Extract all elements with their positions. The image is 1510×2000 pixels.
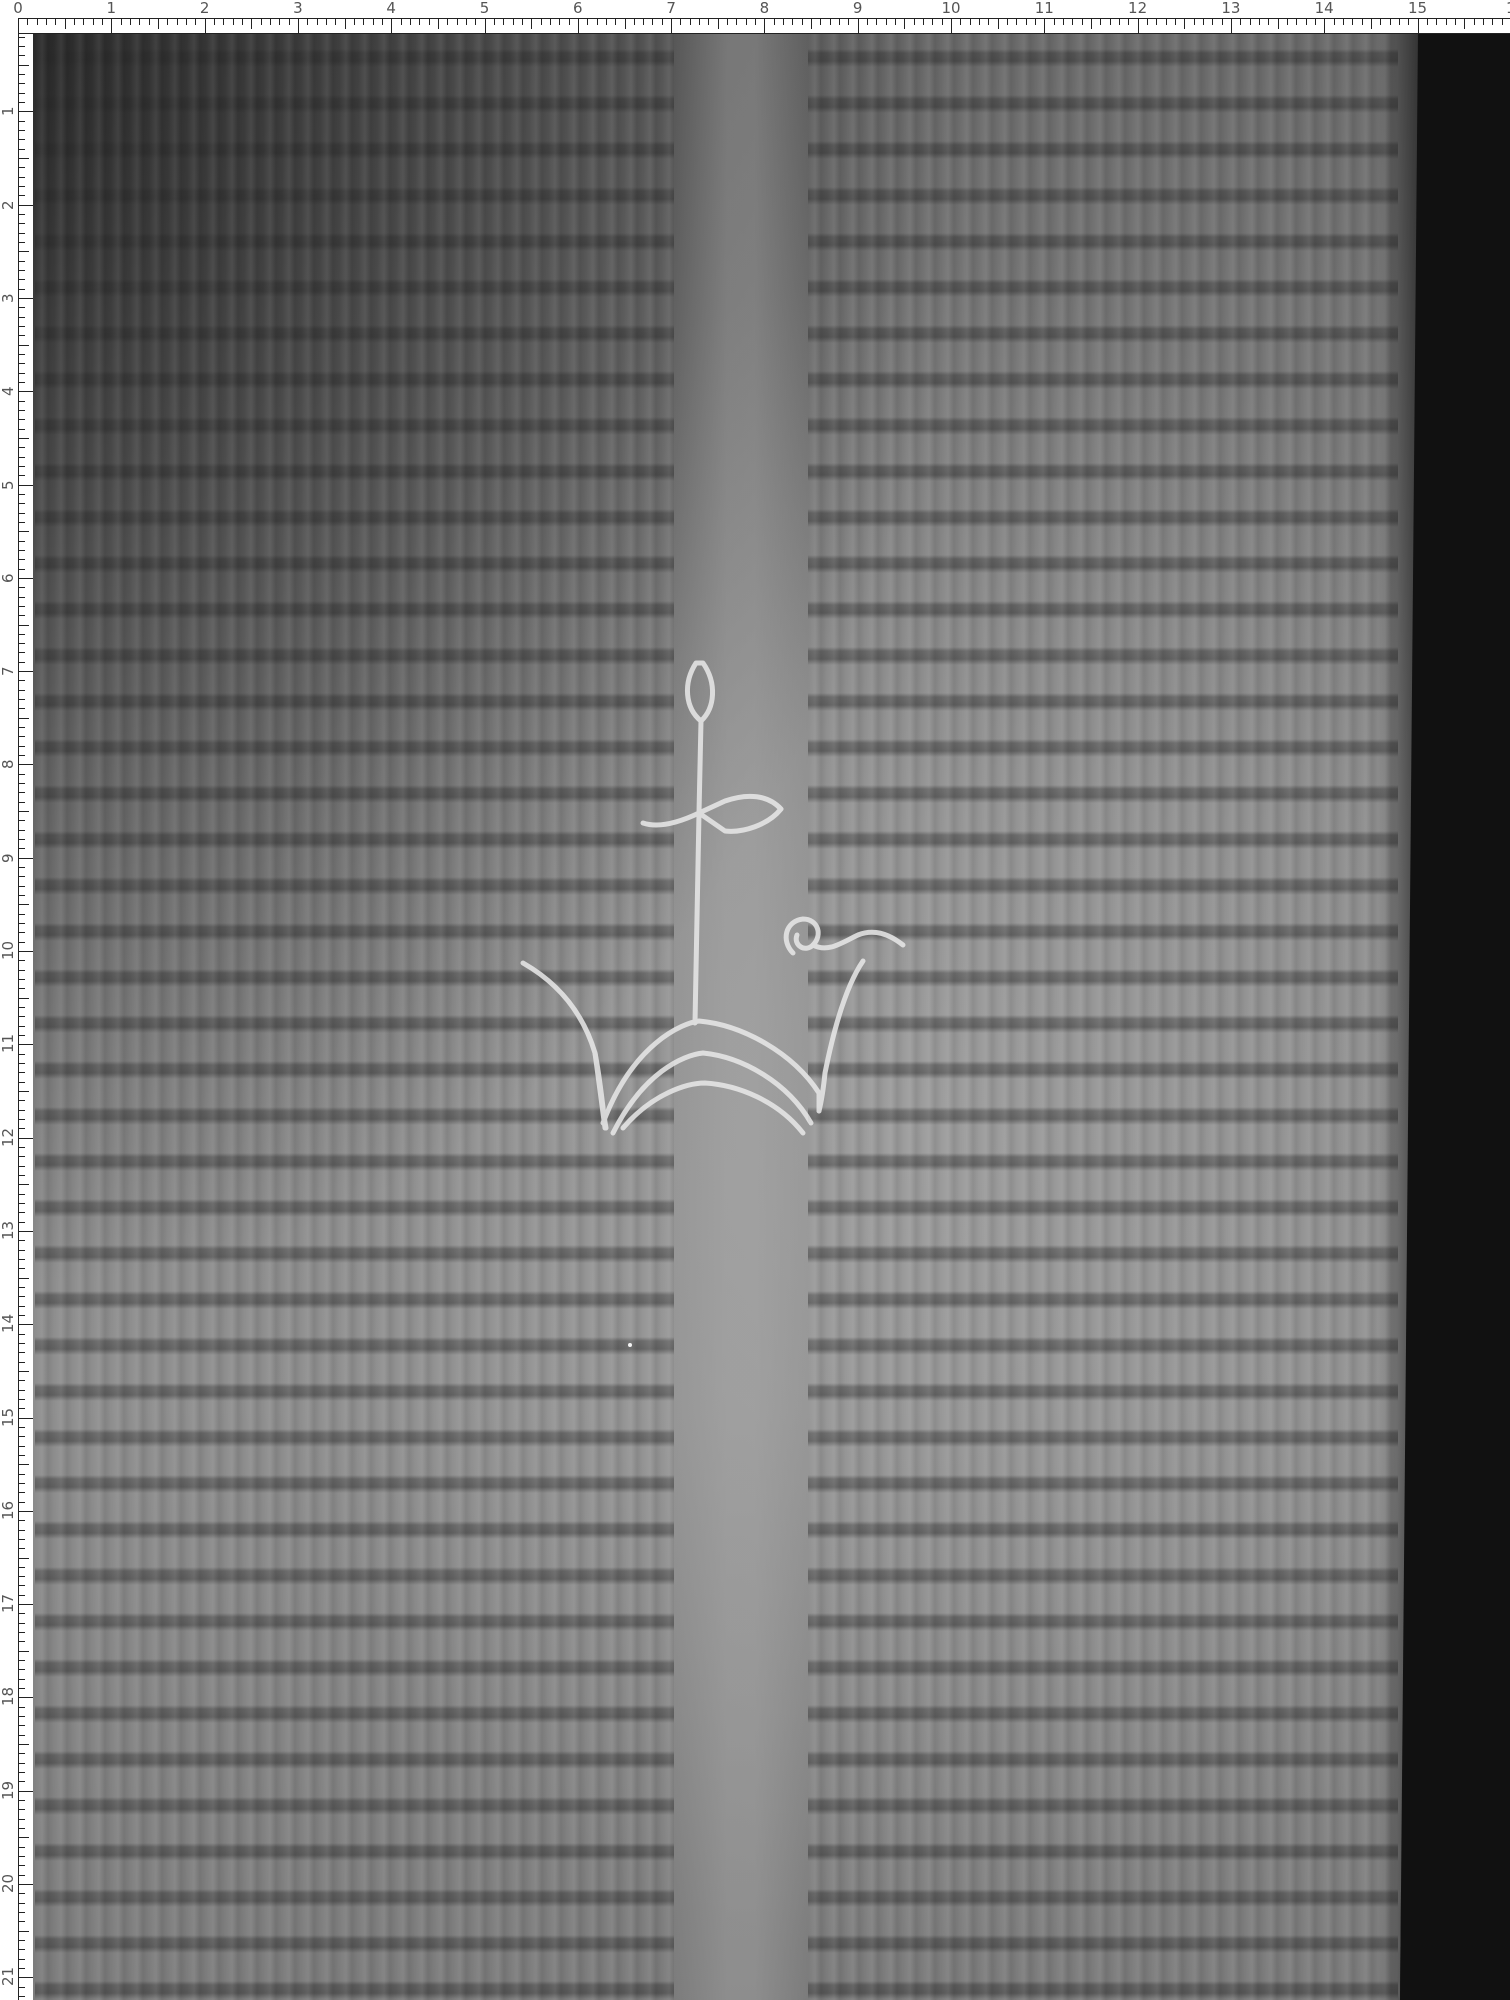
ruler-tick (19, 1464, 29, 1465)
ruler-label: 4 (386, 0, 396, 17)
ruler-tick (1287, 19, 1288, 25)
ruler-label: 12 (1128, 0, 1147, 17)
ruler-tick (19, 1054, 25, 1055)
ruler-tick (298, 19, 299, 33)
ruler-tick (1483, 19, 1484, 25)
ruler-tick (783, 19, 784, 25)
ruler-tick (19, 1352, 25, 1353)
ruler-tick (820, 19, 821, 25)
ruler-tick (19, 261, 25, 262)
ruler-tick (19, 37, 25, 38)
ruler-tick (19, 158, 29, 159)
ruler-tick (19, 746, 25, 747)
ruler-tick (19, 494, 25, 495)
ruler-tick (19, 1362, 25, 1363)
ruler-tick (19, 1175, 25, 1176)
ruler-tick (19, 1800, 25, 1801)
ruler-tick (876, 19, 877, 25)
ruler-tick (19, 485, 33, 486)
ruler-tick (19, 74, 25, 75)
ruler-tick (19, 1072, 25, 1073)
ruler-tick (457, 19, 458, 25)
bright-speck (628, 1343, 632, 1347)
ruler-tick (19, 1847, 25, 1848)
ruler-tick (19, 1809, 25, 1810)
ruler-tick (19, 774, 25, 775)
ruler-tick (1418, 19, 1419, 33)
ruler-tick (19, 904, 29, 905)
ruler-tick (19, 1240, 25, 1241)
ruler-tick (699, 19, 700, 25)
ruler-tick (373, 19, 374, 25)
ruler-tick (1231, 19, 1232, 33)
ruler-tick (195, 19, 196, 25)
ruler-tick (475, 19, 476, 25)
ruler-label: 5 (0, 480, 17, 490)
ruler-tick (19, 223, 25, 224)
ruler-tick (19, 755, 25, 756)
ruler-tick (886, 19, 887, 25)
ruler-tick (1184, 19, 1185, 29)
ruler-tick (401, 19, 402, 25)
ruler-label: 15 (0, 1407, 17, 1426)
ruler-tick (19, 251, 29, 252)
ruler-tick (18, 19, 19, 33)
ruler-label: 4 (0, 387, 17, 397)
ruler-tick (167, 19, 168, 25)
ruler-tick (1119, 19, 1120, 25)
ruler-tick (102, 19, 103, 25)
ruler-tick (19, 699, 25, 700)
ruler-tick (764, 19, 765, 33)
ruler-label: 1 (1506, 0, 1510, 17)
ruler-tick (19, 233, 25, 234)
ruler-tick (111, 19, 112, 33)
ruler-tick (606, 19, 607, 25)
ruler-tick (19, 951, 33, 952)
ruler-tick (19, 811, 29, 812)
ruler-tick (19, 1306, 25, 1307)
ruler-label: 19 (0, 1781, 17, 1800)
ruler-tick (1408, 19, 1409, 25)
ruler-tick (19, 1585, 25, 1586)
ruler-tick (19, 708, 25, 709)
ruler-tick (19, 513, 25, 514)
ruler-tick (541, 19, 542, 25)
ruler-tick (19, 1707, 25, 1708)
ruler-tick (19, 1315, 25, 1316)
ruler-tick (19, 1408, 25, 1409)
ruler-tick (326, 19, 327, 25)
ruler-tick (19, 1016, 25, 1017)
ruler-tick (307, 19, 308, 25)
ruler-tick (960, 19, 961, 25)
ruler-tick (19, 736, 25, 737)
ruler-tick (615, 19, 616, 25)
ruler-tick (923, 19, 924, 25)
ruler-tick (19, 979, 25, 980)
ruler-tick (19, 382, 25, 383)
ruler-tick (335, 19, 336, 25)
ruler-tick (1007, 19, 1008, 25)
ruler-tick (19, 1931, 29, 1932)
ruler-label: 10 (941, 0, 960, 17)
ruler-tick (755, 19, 756, 25)
ruler-tick (1278, 19, 1279, 29)
ruler-tick (19, 55, 25, 56)
ruler-tick (19, 587, 25, 588)
ruler-tick (1166, 19, 1167, 25)
ruler-tick (19, 1595, 25, 1596)
ruler-label: 7 (0, 667, 17, 677)
ruler-label: 1 (0, 107, 17, 117)
ruler-tick (19, 1502, 25, 1503)
ruler-tick (19, 1567, 25, 1568)
ruler-tick (1464, 19, 1465, 29)
ruler-label: 17 (0, 1594, 17, 1613)
ruler-tick (19, 1884, 33, 1885)
ruler-tick (19, 1893, 25, 1894)
ruler-tick (19, 1287, 25, 1288)
ruler-tick (19, 625, 29, 626)
ruler-tick (19, 1725, 25, 1726)
ruler-tick (998, 19, 999, 29)
ruler-tick (19, 1110, 25, 1111)
ruler-tick (904, 19, 905, 29)
ruler-label: 12 (0, 1128, 17, 1147)
ruler-tick (19, 1222, 25, 1223)
ruler-label: 2 (200, 0, 210, 17)
ruler-tick (19, 139, 25, 140)
ruler-tick (19, 1455, 25, 1456)
ruler-tick (19, 1903, 25, 1904)
ruler-tick (19, 942, 25, 943)
ruler-tick (19, 1147, 25, 1148)
dark-edge-band (1400, 33, 1510, 2000)
ruler-tick (19, 1138, 33, 1139)
ruler-tick (19, 1427, 25, 1428)
ruler-tick (19, 522, 25, 523)
ruler-tick (261, 19, 262, 25)
ruler-tick (19, 1987, 25, 1988)
ruler-tick (19, 1781, 25, 1782)
ruler-tick (289, 19, 290, 25)
ruler-tick (680, 19, 681, 25)
ruler-tick (19, 1194, 25, 1195)
ruler-tick (19, 690, 25, 691)
ruler-tick (19, 1044, 33, 1045)
ruler-tick (19, 662, 25, 663)
ruler-tick (1044, 19, 1045, 33)
ruler-tick (19, 130, 25, 131)
ruler-tick (19, 1511, 33, 1512)
ruler-tick (792, 19, 793, 25)
ruler-tick (597, 19, 598, 25)
ruler-tick (19, 1716, 25, 1717)
ruler-tick (19, 867, 25, 868)
ruler-tick (19, 1231, 33, 1232)
ruler-tick (811, 19, 812, 29)
ruler-tick (19, 652, 25, 653)
ruler-label: 18 (0, 1687, 17, 1706)
ruler-tick (1250, 19, 1251, 25)
ruler-tick (839, 19, 840, 25)
ruler-tick (662, 19, 663, 25)
ruler-tick (19, 970, 25, 971)
ruler-tick (19, 46, 25, 47)
ruler-tick (1492, 19, 1493, 25)
ruler-tick (19, 1474, 25, 1475)
ruler-tick (19, 1968, 25, 1969)
ruler-tick (550, 19, 551, 25)
ruler-tick (970, 19, 971, 25)
ruler-tick (736, 19, 737, 25)
ruler-tick (19, 1156, 25, 1157)
ruler-tick (19, 298, 33, 299)
ruler-label: 8 (0, 760, 17, 770)
ruler-tick (19, 1380, 25, 1381)
ruler-tick (251, 19, 252, 29)
ruler-tick (19, 438, 29, 439)
ruler-tick (121, 19, 122, 25)
ruler-tick (177, 19, 178, 25)
ruler-tick (1371, 19, 1372, 29)
ruler-tick (19, 1539, 25, 1540)
ruler-tick (83, 19, 84, 25)
ruler-tick (19, 1828, 25, 1829)
ruler-tick (130, 19, 131, 25)
ruler-tick (19, 65, 29, 66)
ruler-label: 21 (0, 1967, 17, 1986)
ruler-tick (19, 242, 25, 243)
ruler-tick (19, 83, 25, 84)
ruler-tick (19, 1063, 25, 1064)
ruler-tick (19, 373, 25, 374)
ruler-label: 3 (0, 293, 17, 303)
ruler-tick (19, 1819, 25, 1820)
ruler-tick (354, 19, 355, 25)
ruler-tick (531, 19, 532, 29)
ruler-tick (19, 401, 25, 402)
ruler-tick (19, 1735, 25, 1736)
ruler-tick (19, 606, 25, 607)
ruler-tick (19, 1035, 25, 1036)
ruler-tick (1352, 19, 1353, 25)
ruler-tick (1175, 19, 1176, 25)
ruler-tick (559, 19, 560, 25)
ruler-tick (19, 783, 25, 784)
ruler-tick (382, 19, 383, 25)
ruler-tick (19, 1119, 25, 1120)
ruler-label: 5 (480, 0, 490, 17)
ruler-tick (1063, 19, 1064, 25)
ruler-tick (19, 820, 25, 821)
ruler-tick (158, 19, 159, 29)
ruler-tick (19, 597, 25, 598)
ruler-tick (19, 1324, 33, 1325)
ruler-tick (19, 111, 33, 112)
left-ruler: 0123456789101112131415161718192021 (0, 0, 33, 2000)
ruler-label: 3 (293, 0, 303, 17)
ruler-tick (19, 1613, 25, 1614)
ruler-tick (19, 475, 25, 476)
ruler-tick (652, 19, 653, 25)
ruler-tick (1110, 19, 1111, 25)
ruler-tick (19, 634, 25, 635)
ruler-label: 7 (666, 0, 676, 17)
ruler-tick (1128, 19, 1129, 25)
ruler-tick (914, 19, 915, 25)
ruler-label: 6 (573, 0, 583, 17)
ruler-label: 13 (1221, 0, 1240, 17)
ruler-label: 1 (107, 0, 117, 17)
ruler-tick (1362, 19, 1363, 25)
ruler-tick (205, 19, 206, 33)
ruler-tick (625, 19, 626, 29)
ruler-tick (19, 792, 25, 793)
ruler-tick (1212, 19, 1213, 25)
ruler-label: 2 (0, 200, 17, 210)
ruler-label: 14 (1315, 0, 1334, 17)
ruler-tick (19, 457, 25, 458)
ruler-tick (19, 615, 25, 616)
ruler-tick (19, 541, 25, 542)
ruler-tick (19, 718, 29, 719)
ruler-tick (19, 503, 25, 504)
ruler-tick (1035, 19, 1036, 25)
ruler-tick (513, 19, 514, 25)
ruler-tick (1502, 19, 1503, 25)
ruler-tick (19, 1669, 25, 1670)
ruler-tick (19, 895, 25, 896)
ruler-tick (1390, 19, 1391, 25)
ruler-tick (242, 19, 243, 25)
ruler-tick (1399, 19, 1400, 25)
ruler-tick (1138, 19, 1139, 33)
ruler-tick (1306, 19, 1307, 25)
ruler-label: 9 (0, 853, 17, 863)
ruler-tick (19, 1977, 33, 1978)
ruler-tick (93, 19, 94, 25)
ruler-tick (19, 932, 25, 933)
ruler-tick (19, 1837, 29, 1838)
ruler-tick (1147, 19, 1148, 25)
ruler-tick (1259, 19, 1260, 25)
ruler-label: 13 (0, 1221, 17, 1240)
ruler-tick (19, 1418, 33, 1419)
top-ruler: 01234567891011121314151 (0, 0, 1510, 33)
ruler-tick (19, 1166, 25, 1167)
ruler-tick (19, 1128, 25, 1129)
ruler-tick (19, 1697, 33, 1698)
ruler-tick (1380, 19, 1381, 25)
manuscript-scan (33, 33, 1510, 2000)
ruler-tick (19, 279, 25, 280)
ruler-tick (223, 19, 224, 25)
ruler-tick (19, 1576, 25, 1577)
ruler-tick (270, 19, 271, 25)
ruler-label: 6 (0, 573, 17, 583)
ruler-tick (19, 1641, 25, 1642)
ruler-tick (19, 550, 25, 551)
ruler-tick (1446, 19, 1447, 25)
ruler-tick (363, 19, 364, 25)
ruler-tick (19, 447, 25, 448)
ruler-tick (19, 1548, 25, 1549)
ruler-tick (19, 923, 25, 924)
ruler-tick (19, 289, 25, 290)
ruler-tick (19, 727, 25, 728)
ruler-tick (1240, 19, 1241, 25)
ruler-tick (485, 19, 486, 33)
ruler-tick (19, 578, 33, 579)
ruler-tick (1455, 19, 1456, 25)
ruler-tick (19, 177, 25, 178)
ruler-tick (19, 1763, 25, 1764)
ruler-tick (19, 1026, 25, 1027)
left-ruler-axis (18, 18, 19, 2000)
ruler-tick (19, 1744, 29, 1745)
ruler-tick (932, 19, 933, 25)
ruler-tick (503, 19, 504, 25)
ruler-tick (19, 886, 25, 887)
ruler-tick (19, 93, 25, 94)
ruler-tick (19, 354, 25, 355)
ruler-tick (19, 1865, 25, 1866)
ruler-tick (671, 19, 672, 33)
ruler-tick (19, 1390, 25, 1391)
ruler-tick (19, 186, 25, 187)
ruler-tick (1203, 19, 1204, 25)
ruler-label: 11 (1035, 0, 1054, 17)
ruler-tick (19, 1082, 25, 1083)
ruler-tick (19, 1651, 29, 1652)
ruler-tick (345, 19, 346, 29)
ruler-tick (19, 1558, 29, 1559)
ruler-label: 14 (0, 1314, 17, 1333)
ruler-tick (569, 19, 570, 25)
ruler-tick (19, 671, 33, 672)
ruler-tick (19, 419, 25, 420)
ruler-tick (429, 19, 430, 25)
ruler-tick (19, 317, 25, 318)
ruler-tick (447, 19, 448, 25)
ruler-tick (410, 19, 411, 25)
ruler-label: 0 (13, 0, 23, 17)
ruler-tick (727, 19, 728, 25)
ruler-tick (19, 830, 25, 831)
ruler-tick (19, 876, 25, 877)
ruler-tick (19, 429, 25, 430)
ruler-tick (19, 205, 33, 206)
ruler-tick (19, 1436, 25, 1437)
ruler-tick (1296, 19, 1297, 25)
ruler-tick (951, 19, 952, 33)
ruler-tick (139, 19, 140, 25)
ruler-tick (1100, 19, 1101, 25)
ruler-tick (19, 858, 33, 859)
top-ruler-baseline (18, 33, 1510, 34)
ruler-tick (19, 1996, 25, 1997)
ruler-tick (19, 1520, 25, 1521)
ruler-tick (19, 326, 25, 327)
ruler-tick (317, 19, 318, 25)
ruler-tick (494, 19, 495, 25)
ruler-tick (1026, 19, 1027, 25)
ruler-tick (19, 167, 25, 168)
ruler-tick (19, 764, 33, 765)
ruler-tick (19, 1632, 25, 1633)
